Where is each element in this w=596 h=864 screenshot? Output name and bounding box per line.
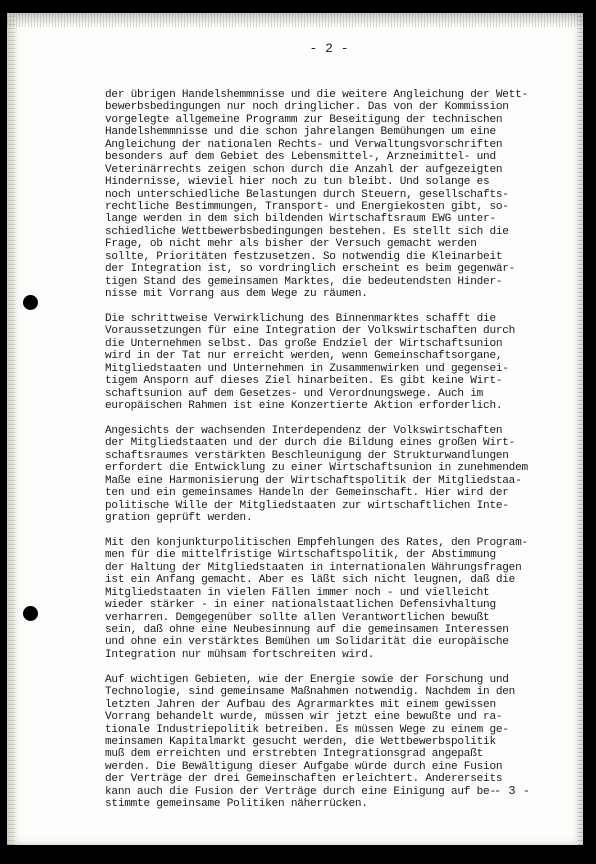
- paragraph: Die schrittweise Verwirklichung des Binn…: [105, 313, 575, 413]
- page-number-continuation: - 3 -: [494, 784, 530, 798]
- text-line: tionale Industriepolitik betreiben. Es m…: [105, 724, 575, 736]
- text-line: Mitgliedstaaten in vielen Fällen immer n…: [105, 587, 575, 599]
- text-line: Vorrang behandelt wurde, müssen wir jetz…: [105, 711, 575, 723]
- text-line: sein, daß ohne eine Neubesinnung auf die…: [105, 624, 575, 636]
- text-line: ten und ein gemeinsames Handeln der Geme…: [105, 487, 575, 499]
- text-line: stimmte gemeinsame Politiken näherrücken…: [105, 798, 575, 810]
- text-line: Integration nur mühsam fortschreiten wir…: [105, 649, 575, 661]
- text-line: wieder stärker - in einer nationalstaatl…: [105, 599, 575, 611]
- text-line: schaftsraumes verstärkten Beschleunigung…: [105, 450, 575, 462]
- text-line: tigem Ansporn auf dieses Ziel hinarbeite…: [105, 375, 575, 387]
- text-line: Hindernisse, wieviel hier noch zu tun bl…: [105, 176, 575, 188]
- text-line: schaftsunion auf dem Gesetzes- und Veror…: [105, 388, 575, 400]
- paragraph: Mit den konjunkturpolitischen Empfehlung…: [105, 537, 575, 661]
- text-line: verharren. Demgegenüber sollte allen Ver…: [105, 612, 575, 624]
- text-line: men für die mittelfristige Wirtschaftspo…: [105, 549, 575, 561]
- text-line: Mit den konjunkturpolitischen Empfehlung…: [105, 537, 575, 549]
- text-line: Technologie, sind gemeinsame Maßnahmen n…: [105, 686, 575, 698]
- text-line: der übrigen Handelshemmnisse und die wei…: [105, 89, 575, 101]
- text-line: europäischen Rahmen ist eine Konzertiert…: [105, 400, 575, 412]
- document-body: der übrigen Handelshemmnisse und die wei…: [105, 89, 575, 823]
- text-line: der Haltung der Mitgliedstaaten in inter…: [105, 562, 575, 574]
- text-line: wird in der Tat nur erreicht werden, wen…: [105, 350, 575, 362]
- text-line: tigen Stand des gemeinsamen Marktes, die…: [105, 276, 575, 288]
- text-line: sollte, Prioritäten festzusetzen. So not…: [105, 251, 575, 263]
- text-line: Die schrittweise Verwirklichung des Binn…: [105, 313, 575, 325]
- text-line: werden. Die Bewältigung dieser Aufgabe w…: [105, 761, 575, 773]
- text-line: die Unternehmen selbst. Das große Endzie…: [105, 338, 575, 350]
- text-line: ist ein Anfang gemacht. Aber es läßt sic…: [105, 574, 575, 586]
- text-line: Voraussetzungen für eine Integration der…: [105, 325, 575, 337]
- text-line: letzten Jahren der Aufbau des Agrarmarkt…: [105, 699, 575, 711]
- text-line: Maße eine Harmonisierung der Wirtschafts…: [105, 475, 575, 487]
- text-line: gration geprüft werden.: [105, 512, 575, 524]
- text-line: politische Wille der Mitgliedstaaten zur…: [105, 500, 575, 512]
- paragraph: Angesichts der wachsenden Interdependenz…: [105, 425, 575, 525]
- punch-hole-icon: [23, 295, 38, 310]
- text-line: Auf wichtigen Gebieten, wie der Energie …: [105, 674, 575, 686]
- scan-noise-left: [7, 13, 15, 845]
- text-line: Frage, ob nicht mehr als bisher der Vers…: [105, 238, 575, 250]
- text-line: noch unterschiedliche Belastungen durch …: [105, 189, 575, 201]
- text-line: der Integration ist, so vordringlich ers…: [105, 263, 575, 275]
- text-line: Handelshemmnisse und die schon jahrelang…: [105, 126, 575, 138]
- text-line: besonders auf dem Gebiet des Lebensmitte…: [105, 151, 575, 163]
- text-line: Mitgliedstaaten und Unternehmen in Zusam…: [105, 363, 575, 375]
- text-line: lange werden in dem sich bildenden Wirts…: [105, 213, 575, 225]
- scan-noise-right: [577, 13, 583, 845]
- text-line: nisse mit Vorrang aus dem Wege zu räumen…: [105, 288, 575, 300]
- text-line: der Mitgliedstaaten und der durch die Bi…: [105, 437, 575, 449]
- text-line: und ohne ein verstärktes Bemühen um Soli…: [105, 636, 575, 648]
- document-page: - 2 - der übrigen Handelshemmnisse und d…: [7, 13, 583, 845]
- text-line: bewerbsbedingungen nur noch dringlicher.…: [105, 101, 575, 113]
- page-number-top: - 2 -: [7, 41, 583, 56]
- text-line: muß dem erreichten und erstrebten Integr…: [105, 748, 575, 760]
- scan-noise-top: [7, 13, 583, 27]
- text-line: rechtliche Bestimmungen, Transport- und …: [105, 201, 575, 213]
- text-line: schiedliche Wettbewerbsbedingungen beste…: [105, 226, 575, 238]
- text-line: meinsamen Kapitalmarkt gesucht werden, d…: [105, 736, 575, 748]
- text-line: Veterinärrechts zeigen schon durch die A…: [105, 164, 575, 176]
- text-line: erfordert die Entwicklung zu einer Wirts…: [105, 462, 575, 474]
- text-line: Angesichts der wachsenden Interdependenz…: [105, 425, 575, 437]
- text-line: Angleichung der nationalen Rechts- und V…: [105, 139, 575, 151]
- paragraph: der übrigen Handelshemmnisse und die wei…: [105, 89, 575, 300]
- punch-hole-icon: [23, 606, 38, 621]
- text-line: vorgelegte allgemeine Programm zur Besei…: [105, 114, 575, 126]
